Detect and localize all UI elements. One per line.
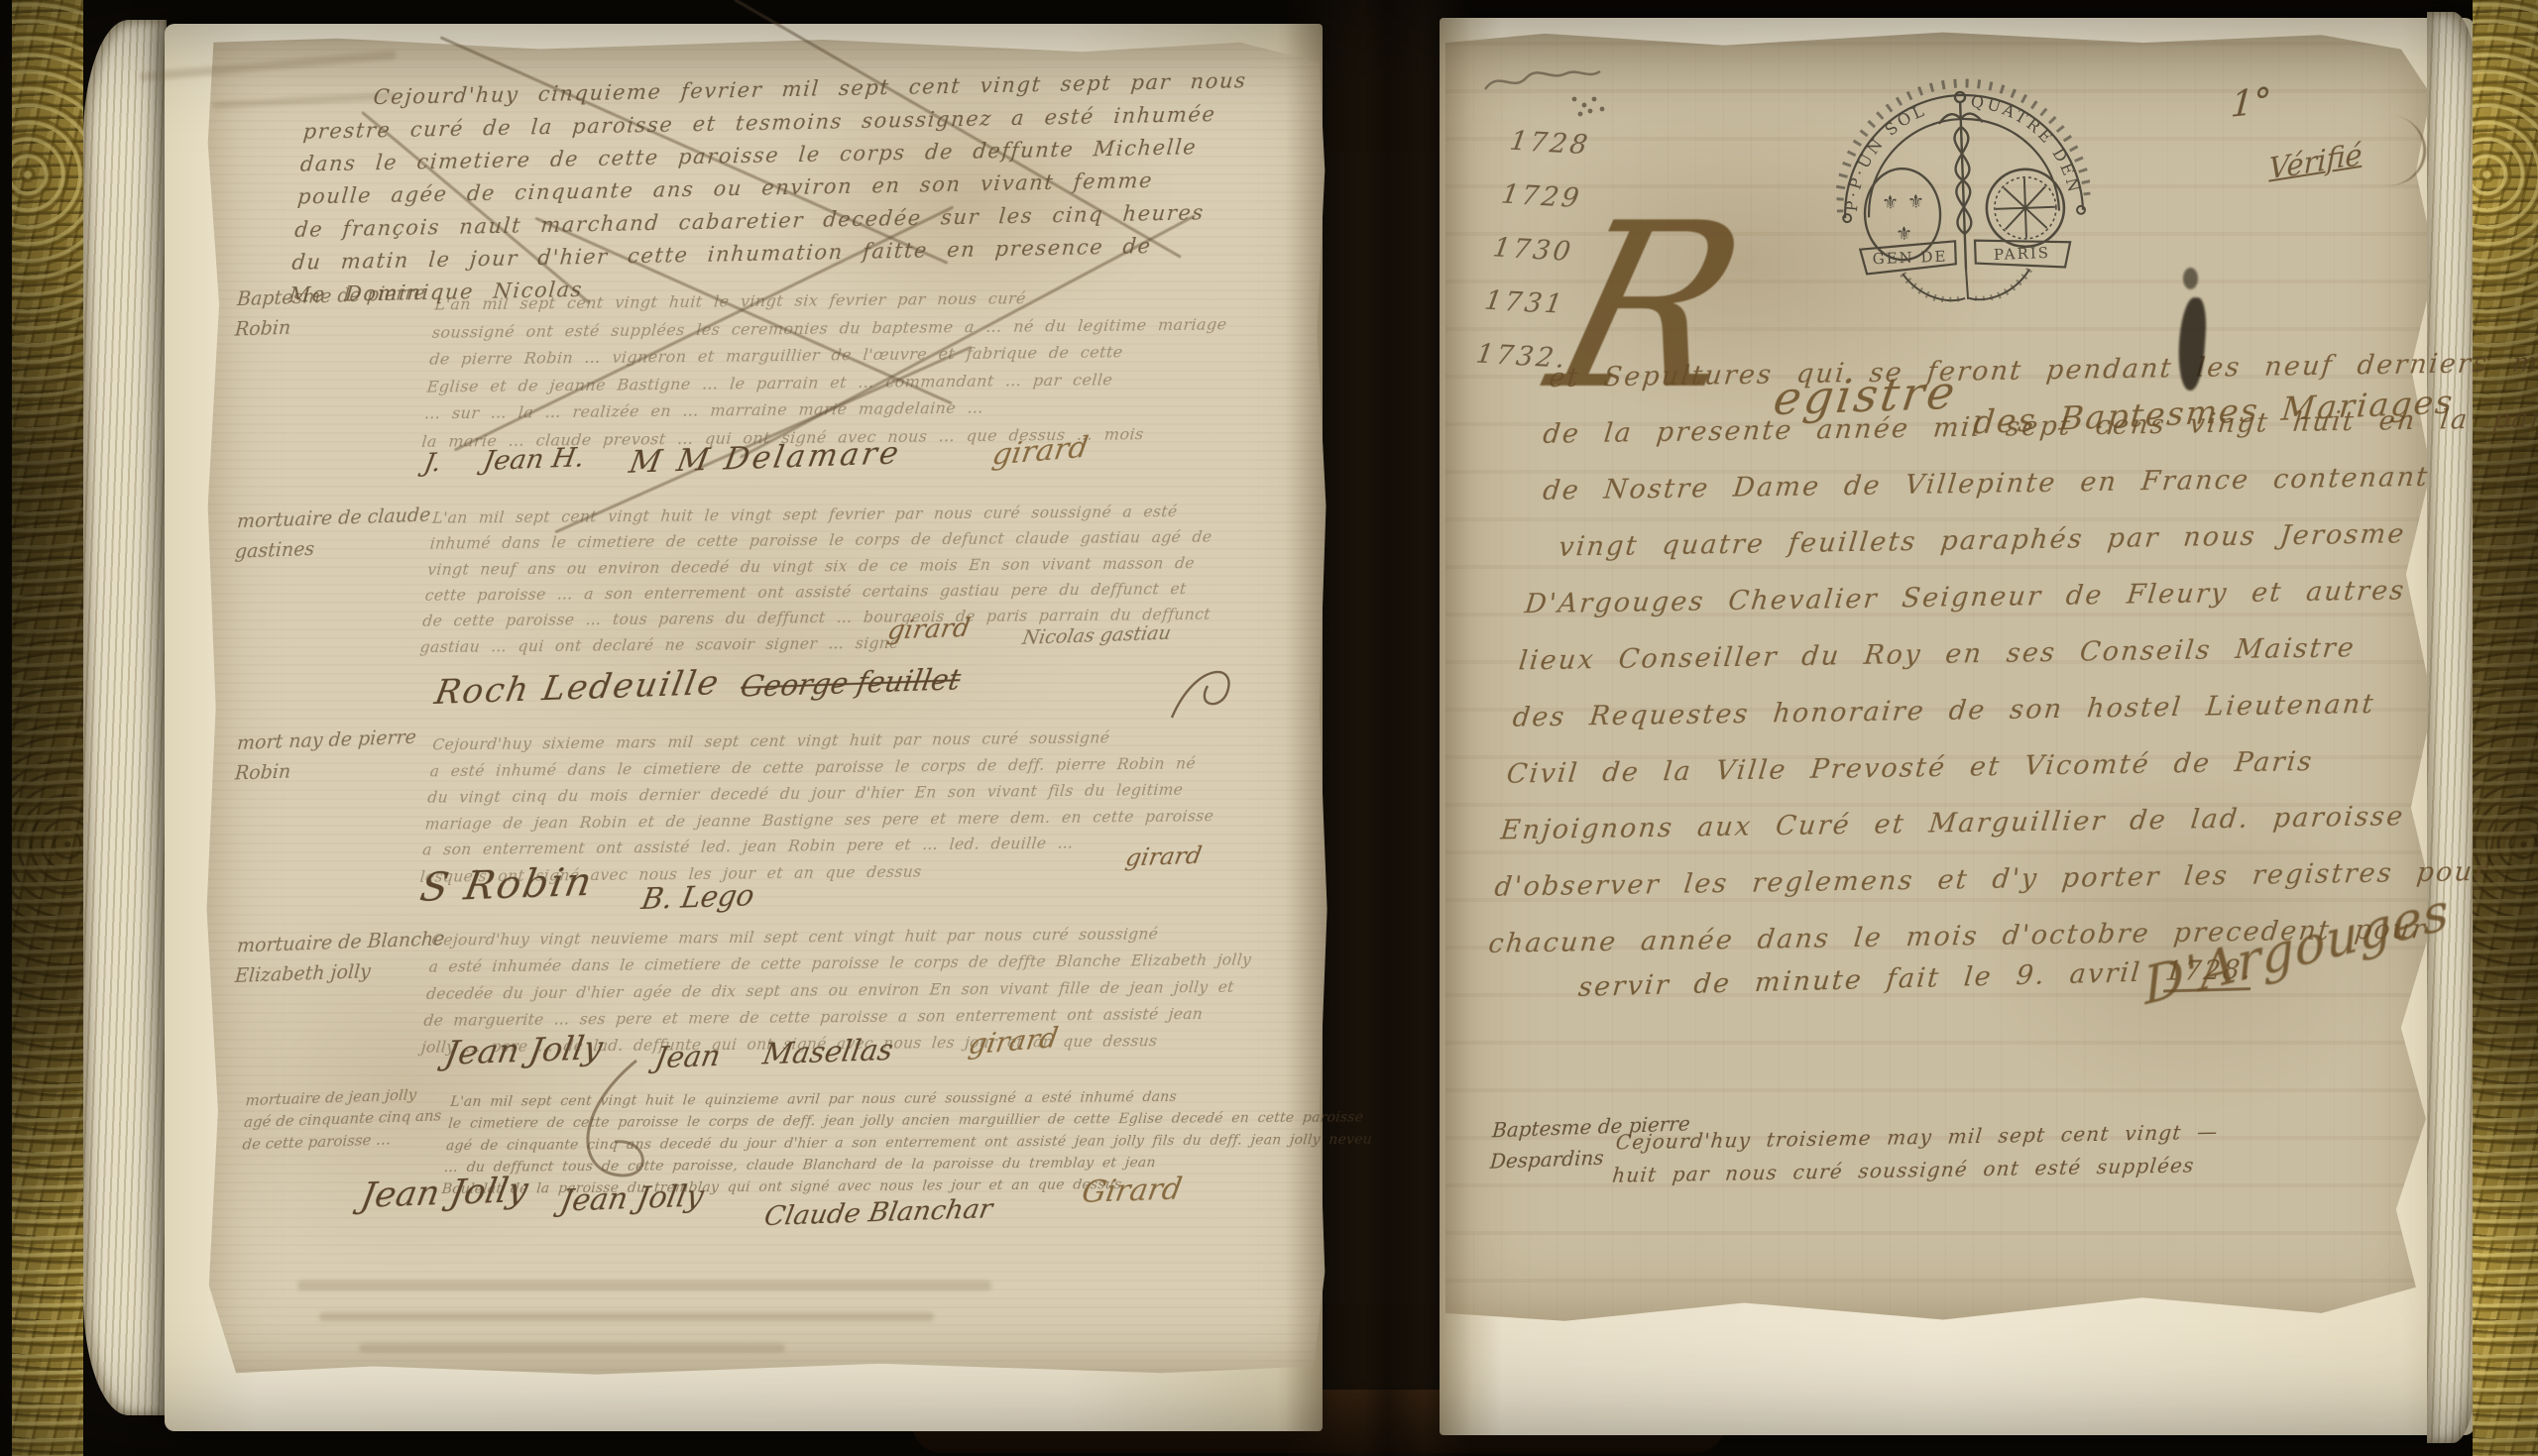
margin-note-burial-elizabeth-jolly: mortuaire de BlancheElizabeth jolly: [234, 924, 445, 990]
fleur-de-lis-icon: ⚜: [1907, 190, 1925, 213]
faded-text-remnant: [359, 1344, 785, 1352]
faded-text-remnant: [319, 1312, 934, 1321]
baptism-entry-despardins: Cejourd'huy troisieme may mil sept cent …: [1611, 1113, 2371, 1191]
stamp-banner-left-text: GEN·DE: [1872, 248, 1947, 269]
manuscript-line: 1729: [1497, 168, 1597, 226]
signature-girard: girard: [1123, 841, 1204, 872]
folio-number: 1°: [2230, 81, 2273, 127]
signature-jean-jolly-2: Jean Jolly: [557, 1179, 706, 1219]
manuscript-line: 1728: [1506, 116, 1606, 173]
register-heading-text: et Sepultures qui se feront pendant les …: [1485, 335, 2474, 972]
margin-note-baptism-pierre-robin: Baptesme de pierreRobin: [234, 279, 426, 345]
ink-blot: [2183, 268, 2198, 289]
fleur-de-lis-icon: ⚜: [1882, 191, 1900, 214]
signature-girard: Girard: [1080, 1172, 1185, 1209]
signature: Jean H.: [481, 442, 587, 477]
signature-flourish: [1166, 658, 1255, 728]
marbled-endpaper-right: [2473, 0, 2538, 1456]
tax-stamp-generalite-de-paris: P·P·UN SOL QUATRE DEN GEN·DE PARIS ⚜ ⚜ ⚜: [1832, 61, 2094, 306]
baptism-entry-pierre-robin: L'an mil sept cent vingt huit le vingt s…: [420, 281, 1319, 454]
stamp-banner-right-text: PARIS: [1994, 244, 2051, 264]
signature-jean-jolly: Jean Jolly: [358, 1171, 531, 1216]
signature-s-robin: S Robin: [416, 859, 597, 911]
open-register-book-scan: Cejourd'huy cinquieme fevrier mil sept c…: [0, 0, 2538, 1456]
manuscript-line: Robin: [234, 752, 415, 788]
margin-note-burial-jean-jolly: mortuaire de jean jollyagé de cinquante …: [242, 1082, 444, 1155]
margin-note-stillborn-pierre-robin: mort nay de pierreRobin: [234, 723, 417, 788]
index-annotation-scribble: [1479, 59, 1658, 121]
signature-b-lego: B. Lego: [639, 878, 757, 916]
burial-entry-crossed-out: Cejourd'huy cinquieme fevrier mil sept c…: [288, 63, 1309, 312]
manuscript-line: mort nay de pierre: [236, 723, 417, 758]
faded-text-remnant: [297, 1281, 991, 1290]
page-block-edges-right: [2427, 12, 2479, 1443]
marbled-endpaper-left: [12, 0, 83, 1456]
signature-girard: girard: [885, 614, 973, 646]
stamp-arc-right-text: QUATRE DEN: [1969, 88, 2084, 200]
fleur-de-lis-icon: ⚜: [1896, 223, 1913, 246]
margin-note-burial-claude-gastines: mortuaire de claudegastines: [234, 500, 431, 566]
burial-entry-claude-gastines: L'an mil sept cent vingt huit le vingt s…: [418, 498, 1316, 660]
page-block-edges-left: [83, 20, 167, 1415]
